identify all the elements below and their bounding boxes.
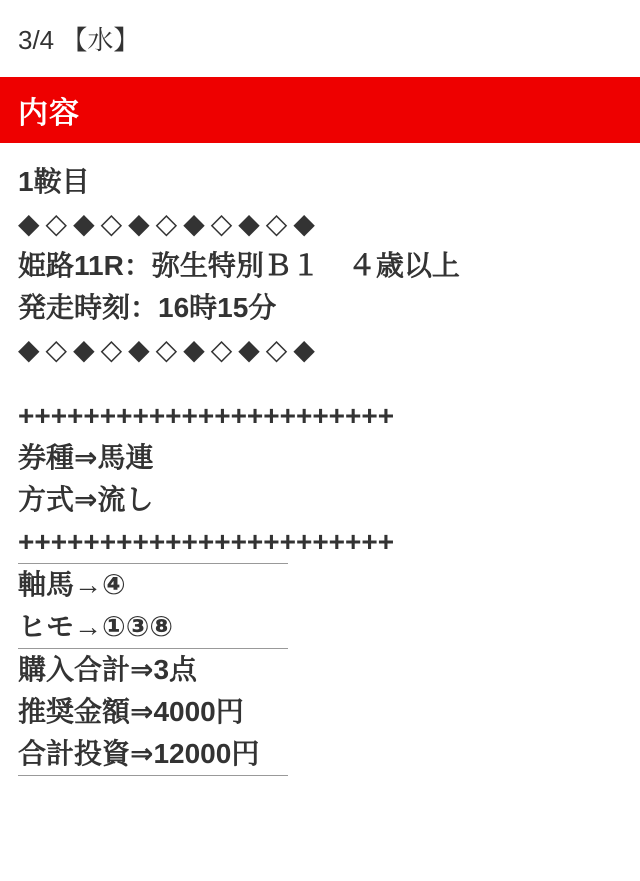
race-info: 姫路11R：弥生特別Ｂ１ ４歳以上: [18, 245, 640, 287]
partner-horses: ヒモ→①③⑧: [18, 606, 640, 648]
bet-method: 方式⇒流し: [18, 479, 640, 521]
blank-line: [18, 371, 640, 395]
race-heading: 1鞍目: [18, 161, 640, 203]
content-banner: 内容: [0, 77, 640, 143]
plus-divider-bottom: +++++++++++++++++++++++: [18, 521, 640, 563]
purchase-total: 購入合計⇒3点: [18, 649, 640, 691]
divider-rule: [18, 775, 288, 776]
ticket-type: 券種⇒馬連: [18, 437, 640, 479]
axis-horse: 軸馬→④: [18, 564, 640, 606]
diamond-divider-top: ◆◇◆◇◆◇◆◇◆◇◆: [18, 203, 640, 245]
banner-title: 内容: [18, 88, 80, 132]
diamond-divider-bottom: ◆◇◆◇◆◇◆◇◆◇◆: [18, 329, 640, 371]
content-body: 1鞍目 ◆◇◆◇◆◇◆◇◆◇◆ 姫路11R：弥生特別Ｂ１ ４歳以上 発走時刻：1…: [0, 143, 640, 776]
recommended-amount: 推奨金額⇒4000円: [18, 691, 640, 733]
total-investment: 合計投資⇒12000円: [18, 733, 640, 775]
page: 3/4 【水】 内容 1鞍目 ◆◇◆◇◆◇◆◇◆◇◆ 姫路11R：弥生特別Ｂ１ …: [0, 0, 640, 881]
date-label: 3/4 【水】: [0, 0, 640, 56]
start-time: 発走時刻：16時15分: [18, 287, 640, 329]
plus-divider-top: +++++++++++++++++++++++: [18, 395, 640, 437]
